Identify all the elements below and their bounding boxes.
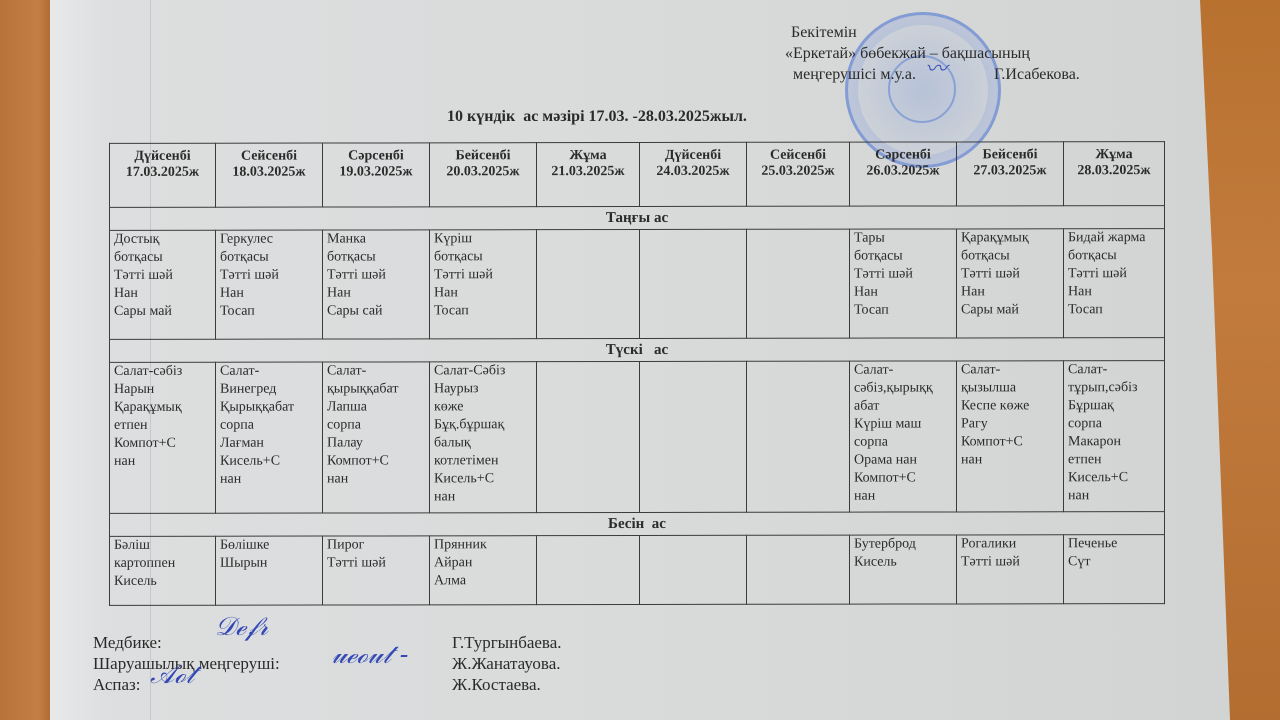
dish-item: Наурыз bbox=[434, 380, 532, 398]
menu-cell: БәлішкартоппенКисель bbox=[110, 536, 216, 605]
dish-item: Тәтті шәй bbox=[327, 554, 425, 572]
dish-item: Кисель+С bbox=[1068, 469, 1160, 487]
dish-item: Сары май bbox=[961, 301, 1059, 319]
dish-item: Салат- bbox=[854, 361, 952, 379]
dish-item: Лағман bbox=[220, 435, 318, 453]
menu-cell: ДостықботқасыТәтті шәйНанСары май bbox=[110, 230, 216, 339]
day-header: Бейсенбі27.03.2025ж bbox=[957, 142, 1064, 206]
menu-cell: Салат-ВинегредҚырыққабатсорпаЛағманКисел… bbox=[216, 362, 323, 513]
day-header: Сейсенбі25.03.2025ж bbox=[747, 142, 850, 206]
day-header: Жұма28.03.2025ж bbox=[1064, 142, 1165, 206]
dish-item: нан bbox=[114, 453, 211, 471]
dish-item: Пирог bbox=[327, 536, 425, 554]
day-date: 27.03.2025ж bbox=[961, 163, 1059, 179]
table-row: Салат-сәбізНарынҚарақұмықетпенКомпот+Сна… bbox=[110, 361, 1165, 514]
menu-cell: Салат-сәбіз,қырыққабатКүріш машсорпаОрам… bbox=[850, 361, 957, 512]
dish-item: қырыққабат bbox=[327, 380, 425, 398]
signature-name: Ж.Жанатауова. bbox=[452, 653, 561, 674]
signature-role: Шаруашылық меңгеруші: bbox=[93, 654, 280, 673]
menu-cell bbox=[747, 229, 850, 338]
dish-item: картоппен bbox=[114, 555, 211, 573]
day-date: 18.03.2025ж bbox=[220, 165, 318, 181]
dish-item: Бұршақ bbox=[1068, 397, 1160, 415]
dish-item: абат bbox=[854, 397, 952, 415]
day-name: Бейсенбі bbox=[434, 148, 532, 164]
signature-name: Ж.Костаева. bbox=[452, 674, 541, 695]
dish-item: нан bbox=[961, 451, 1059, 469]
dish-item: нан bbox=[1068, 487, 1160, 505]
dish-item: Лапша bbox=[327, 398, 425, 416]
dish-item: Рагу bbox=[961, 415, 1059, 433]
menu-cell: Салат-СәбізНаурызкөжеБұқ.бұршақбалықкотл… bbox=[430, 362, 537, 513]
dish-item: Қарақұмық bbox=[961, 229, 1059, 247]
day-date: 17.03.2025ж bbox=[114, 165, 211, 181]
day-header: Сәрсенбі19.03.2025ж bbox=[323, 143, 430, 207]
dish-item: Тәтті шәй bbox=[114, 267, 211, 285]
dish-item: Нан bbox=[854, 283, 952, 301]
menu-cell: Салат-қырыққабатЛапшасорпаПалауКомпот+Сн… bbox=[323, 362, 430, 513]
dish-item: ботқасы bbox=[327, 248, 425, 266]
day-header: Дүйсенбі17.03.2025ж bbox=[110, 143, 216, 207]
dish-item: балық bbox=[434, 434, 532, 452]
signature-row-nurse: Медбике: Г.Тургынбаева. bbox=[93, 632, 280, 653]
approval-position: меңгерушісі м.у.а. Г.Исабекова. bbox=[785, 64, 1080, 85]
section-snack: Бесін ас bbox=[110, 512, 1165, 537]
dish-item: Кисель bbox=[854, 553, 952, 571]
dish-item: Нан bbox=[114, 285, 211, 303]
menu-cell bbox=[640, 535, 747, 604]
signature-role: Медбике: bbox=[93, 633, 162, 652]
day-date: 25.03.2025ж bbox=[751, 164, 845, 180]
section-breakfast: Таңғы ас bbox=[110, 206, 1165, 231]
dish-item: Сүт bbox=[1068, 553, 1160, 571]
day-header: Жұма21.03.2025ж bbox=[537, 142, 640, 206]
dish-item: Тәтті шәй bbox=[220, 267, 318, 285]
menu-cell: ПрянникАйранАлма bbox=[430, 536, 537, 605]
dish-item: Айран bbox=[434, 554, 532, 572]
dish-item: Бидай жарма bbox=[1068, 229, 1160, 247]
dish-item: Бәліш bbox=[114, 537, 211, 555]
menu-cell bbox=[537, 535, 640, 604]
day-name: Сейсенбі bbox=[751, 148, 845, 164]
dish-item: Прянник bbox=[434, 536, 532, 554]
menu-cell bbox=[640, 229, 747, 338]
dish-item: Компот+С bbox=[114, 435, 211, 453]
day-date: 21.03.2025ж bbox=[541, 164, 635, 180]
dish-item: нан bbox=[854, 487, 952, 505]
menu-cell: ҚарақұмықботқасыТәтті шәйНанСары май bbox=[957, 229, 1064, 338]
approval-heading: Бекітемін bbox=[785, 22, 1080, 43]
dish-item: Салат- bbox=[1068, 361, 1160, 379]
dish-item: Қырыққабат bbox=[220, 399, 318, 417]
menu-cell: КүрішботқасыТәтті шәйНанТосап bbox=[430, 230, 537, 339]
dish-item: нан bbox=[220, 471, 318, 489]
menu-cell bbox=[747, 361, 850, 512]
menu-table: Дүйсенбі17.03.2025жСейсенбі18.03.2025жСә… bbox=[109, 141, 1165, 606]
menu-cell bbox=[747, 535, 850, 604]
dish-item: Тары bbox=[854, 229, 952, 247]
dish-item: Тәтті шәй bbox=[434, 266, 532, 284]
day-name: Дүйсенбі bbox=[114, 149, 211, 165]
day-header: Бейсенбі20.03.2025ж bbox=[430, 143, 537, 207]
approval-block: Бекітемін «Еркетай» бөбекжай – бақшасыны… bbox=[785, 22, 1080, 85]
menu-cell bbox=[640, 361, 747, 512]
dish-item: Тосап bbox=[854, 301, 952, 319]
document-title: 10 күндік ас мәзірі 17.03. -28.03.2025жы… bbox=[447, 108, 747, 126]
dish-item: сорпа bbox=[327, 416, 425, 434]
dish-item: Кисель+С bbox=[434, 470, 532, 488]
menu-cell: Салат-тұрып,сәбізБұршақсорпаМакаронетпен… bbox=[1064, 361, 1165, 512]
menu-cell: РогаликиТәтті шәй bbox=[957, 535, 1064, 604]
day-name: Жұма bbox=[1068, 147, 1160, 163]
dish-item: Тәтті шәй bbox=[1068, 265, 1160, 283]
dish-item: Салат-сәбіз bbox=[114, 363, 211, 381]
day-date: 20.03.2025ж bbox=[434, 164, 532, 180]
dish-item: Сары май bbox=[114, 303, 211, 321]
dish-item: Тәтті шәй bbox=[854, 265, 952, 283]
menu-cell: Бидай жармаботқасыТәтті шәйНанТосап bbox=[1064, 229, 1165, 338]
menu-cell: ТарыботқасыТәтті шәйНанТосап bbox=[850, 229, 957, 338]
dish-item: Нан bbox=[327, 284, 425, 302]
dish-item: ботқасы bbox=[434, 248, 532, 266]
dish-item: Компот+С bbox=[854, 469, 952, 487]
dish-item: тұрып,сәбіз bbox=[1068, 379, 1160, 397]
dish-item: Бутерброд bbox=[854, 535, 952, 553]
dish-item: Компот+С bbox=[327, 452, 425, 470]
dish-item: Тәтті шәй bbox=[961, 265, 1059, 283]
menu-cell: ГеркулесботқасыТәтті шәйНанТосап bbox=[216, 230, 323, 339]
dish-item: Нан bbox=[961, 283, 1059, 301]
menu-cell: Салат-қызылшаКеспе көжеРагуКомпот+Снан bbox=[957, 361, 1064, 512]
dish-item: көже bbox=[434, 398, 532, 416]
meal-section-title: Түскі ас bbox=[110, 338, 1165, 363]
menu-cell: БутербродКисель bbox=[850, 535, 957, 604]
dish-item: Алма bbox=[434, 572, 532, 590]
dish-item: Тосап bbox=[1068, 301, 1160, 319]
dish-item: Тәтті шәй bbox=[327, 266, 425, 284]
day-date: 19.03.2025ж bbox=[327, 164, 425, 180]
dish-item: нан bbox=[327, 470, 425, 488]
dish-item: Салат- bbox=[220, 363, 318, 381]
dish-item: Салат-Сәбіз bbox=[434, 362, 532, 380]
signatures-block: Медбике: Г.Тургынбаева. Шаруашылық меңге… bbox=[93, 632, 280, 695]
dish-item: Салат- bbox=[961, 361, 1059, 379]
dish-item: Бұқ.бұршақ bbox=[434, 416, 532, 434]
approval-signer: Г.Исабекова. bbox=[994, 66, 1080, 83]
table-row: ДостықботқасыТәтті шәйНанСары майГеркуле… bbox=[110, 229, 1165, 340]
day-date: 28.03.2025ж bbox=[1068, 163, 1160, 179]
dish-item: Сары сай bbox=[327, 302, 425, 320]
dish-item: сорпа bbox=[220, 417, 318, 435]
signature-row-cook: Аспаз: Ж.Костаева. bbox=[93, 674, 280, 695]
menu-cell bbox=[537, 361, 640, 512]
day-name: Сейсенбі bbox=[220, 149, 318, 165]
dish-item: Күріш bbox=[434, 230, 532, 248]
menu-cell bbox=[537, 229, 640, 338]
dish-item: Шырын bbox=[220, 555, 318, 573]
dish-item: Компот+С bbox=[961, 433, 1059, 451]
dish-item: Тосап bbox=[220, 303, 318, 321]
dish-item: Кисель bbox=[114, 573, 211, 591]
dish-item: нан bbox=[434, 488, 532, 506]
dish-item: Салат- bbox=[327, 362, 425, 380]
day-name: Бейсенбі bbox=[961, 147, 1059, 163]
dish-item: Қарақұмық bbox=[114, 399, 211, 417]
dish-item: ботқасы bbox=[854, 247, 952, 265]
day-header: Дүйсенбі24.03.2025ж bbox=[640, 142, 747, 206]
table-row: БәлішкартоппенКисельБөлішкеШырынПирогТәт… bbox=[110, 535, 1165, 606]
dish-item: Тәтті шәй bbox=[961, 553, 1059, 571]
menu-cell: ПирогТәтті шәй bbox=[323, 536, 430, 605]
menu-cell: БөлішкеШырын bbox=[216, 536, 323, 605]
dish-item: Нан bbox=[1068, 283, 1160, 301]
day-name: Сәрсенбі bbox=[327, 148, 425, 164]
dish-item: Кеспе көже bbox=[961, 397, 1059, 415]
dish-item: Палау bbox=[327, 434, 425, 452]
dish-item: Нан bbox=[434, 284, 532, 302]
signature-row-manager: Шаруашылық меңгеруші: Ж.Жанатауова. bbox=[93, 653, 280, 674]
dish-item: Винегред bbox=[220, 381, 318, 399]
dish-item: Рогалики bbox=[961, 535, 1059, 553]
day-header: Сейсенбі18.03.2025ж bbox=[216, 143, 323, 207]
signature-name: Г.Тургынбаева. bbox=[452, 632, 562, 653]
menu-cell: Салат-сәбізНарынҚарақұмықетпенКомпот+Сна… bbox=[110, 362, 216, 513]
menu-cell: ПеченьеСүт bbox=[1064, 535, 1165, 604]
dish-item: Геркулес bbox=[220, 231, 318, 249]
dish-item: Манка bbox=[327, 230, 425, 248]
dish-item: ботқасы bbox=[961, 247, 1059, 265]
dish-item: етпен bbox=[114, 417, 211, 435]
dish-item: ботқасы bbox=[1068, 247, 1160, 265]
day-date: 24.03.2025ж bbox=[644, 164, 742, 180]
approval-institution: «Еркетай» бөбекжай – бақшасының bbox=[785, 43, 1080, 64]
meal-section-title: Бесін ас bbox=[110, 512, 1165, 537]
signature-role: Аспаз: bbox=[93, 675, 140, 694]
dish-item: қызылша bbox=[961, 379, 1059, 397]
dish-item: ботқасы bbox=[220, 249, 318, 267]
approval-role: меңгерушісі м.у.а. bbox=[793, 66, 916, 83]
dish-item: Кисель+С bbox=[220, 453, 318, 471]
dish-item: Бөлішке bbox=[220, 537, 318, 555]
dish-item: Күріш маш bbox=[854, 415, 952, 433]
menu-cell: МанкаботқасыТәтті шәйНанСары сай bbox=[323, 230, 430, 339]
dish-item: Орама нан bbox=[854, 451, 952, 469]
section-lunch: Түскі ас bbox=[110, 338, 1165, 363]
day-name: Дүйсенбі bbox=[644, 148, 742, 164]
dish-item: Печенье bbox=[1068, 535, 1160, 553]
dish-item: етпен bbox=[1068, 451, 1160, 469]
dish-item: сорпа bbox=[1068, 415, 1160, 433]
dish-item: Нан bbox=[220, 285, 318, 303]
day-header: Сәрсенбі26.03.2025ж bbox=[850, 142, 957, 206]
dish-item: сорпа bbox=[854, 433, 952, 451]
day-date: 26.03.2025ж bbox=[854, 163, 952, 179]
dish-item: Нарын bbox=[114, 381, 211, 399]
dish-item: сәбіз,қырыққ bbox=[854, 379, 952, 397]
day-name: Жұма bbox=[541, 148, 635, 164]
meal-section-title: Таңғы ас bbox=[110, 206, 1165, 231]
day-header-row: Дүйсенбі17.03.2025жСейсенбі18.03.2025жСә… bbox=[110, 142, 1165, 208]
dish-item: ботқасы bbox=[114, 249, 211, 267]
day-name: Сәрсенбі bbox=[854, 147, 952, 163]
dish-item: Достық bbox=[114, 231, 211, 249]
dish-item: котлетімен bbox=[434, 452, 532, 470]
dish-item: Макарон bbox=[1068, 433, 1160, 451]
dish-item: Тосап bbox=[434, 302, 532, 320]
